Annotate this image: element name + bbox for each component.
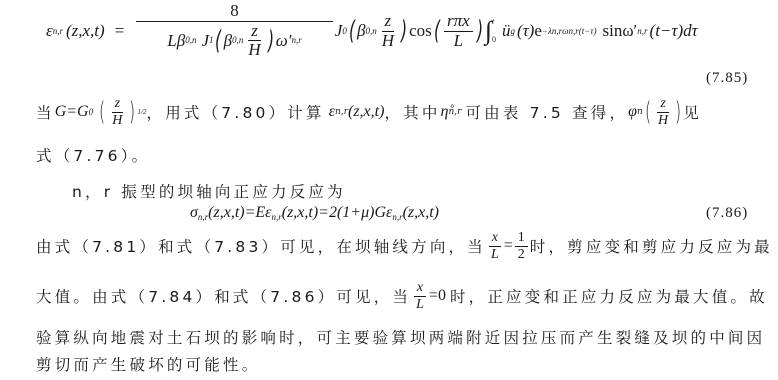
bessel-j0: J xyxy=(335,21,343,41)
main-fraction: 8 Lβ0,n J1 (β0,n zH )ω′n,r xyxy=(136,2,333,60)
lhs-args: (z,x,t) xyxy=(66,21,105,41)
equation-number-7-86: (7.86) xyxy=(706,205,748,222)
paragraph-2-intro: n，r 振型的坝轴向正应力反应为 xyxy=(72,180,346,202)
equation-7-86: σn,r(z,x,t)=Eεn,r(z,x,t)=2(1+μ)Gεn,r(z,x… xyxy=(190,204,439,222)
paragraph-3-line-3: 验算纵向地震对土石坝的影响时，可主要验算坝两端附近因拉压而产生裂缝及坝的中间因 xyxy=(36,326,765,348)
equals-sign: = xyxy=(115,21,125,41)
equation-7-85: εn,r (z,x,t) = 8 Lβ0,n J1 (β0,n zH )ω′n,… xyxy=(46,4,698,58)
epsilon-symbol: ε xyxy=(46,21,53,41)
equation-number-7-85: (7.85) xyxy=(706,70,748,87)
paragraph-3-line-2: 大值。由式（7.84）和式（7.86）可见，当 xL =0 时，正应变和正应力反… xyxy=(36,276,768,316)
paragraph-3-line-4: 剪切而产生破坏的可能性。 xyxy=(36,353,260,375)
fraction-denominator: Lβ0,n J1 (β0,n zH )ω′n,r xyxy=(164,22,305,60)
paragraph-1-line-2: 式（7.76）。 xyxy=(36,144,150,166)
paragraph-3-line-1: 由式（7.81）和式（7.83）可见，在坝轴线方向，当 xL = 12 时，剪应… xyxy=(36,226,773,266)
cos-function: cos xyxy=(409,21,432,41)
integral-sign: ∫ xyxy=(485,16,492,46)
paragraph-1-line-1: 当 G=G0 ( zH )1/2 ，用式（7.80）计算 εn,r (z,x,t… xyxy=(36,93,702,131)
fraction-numerator: 8 xyxy=(136,2,333,22)
